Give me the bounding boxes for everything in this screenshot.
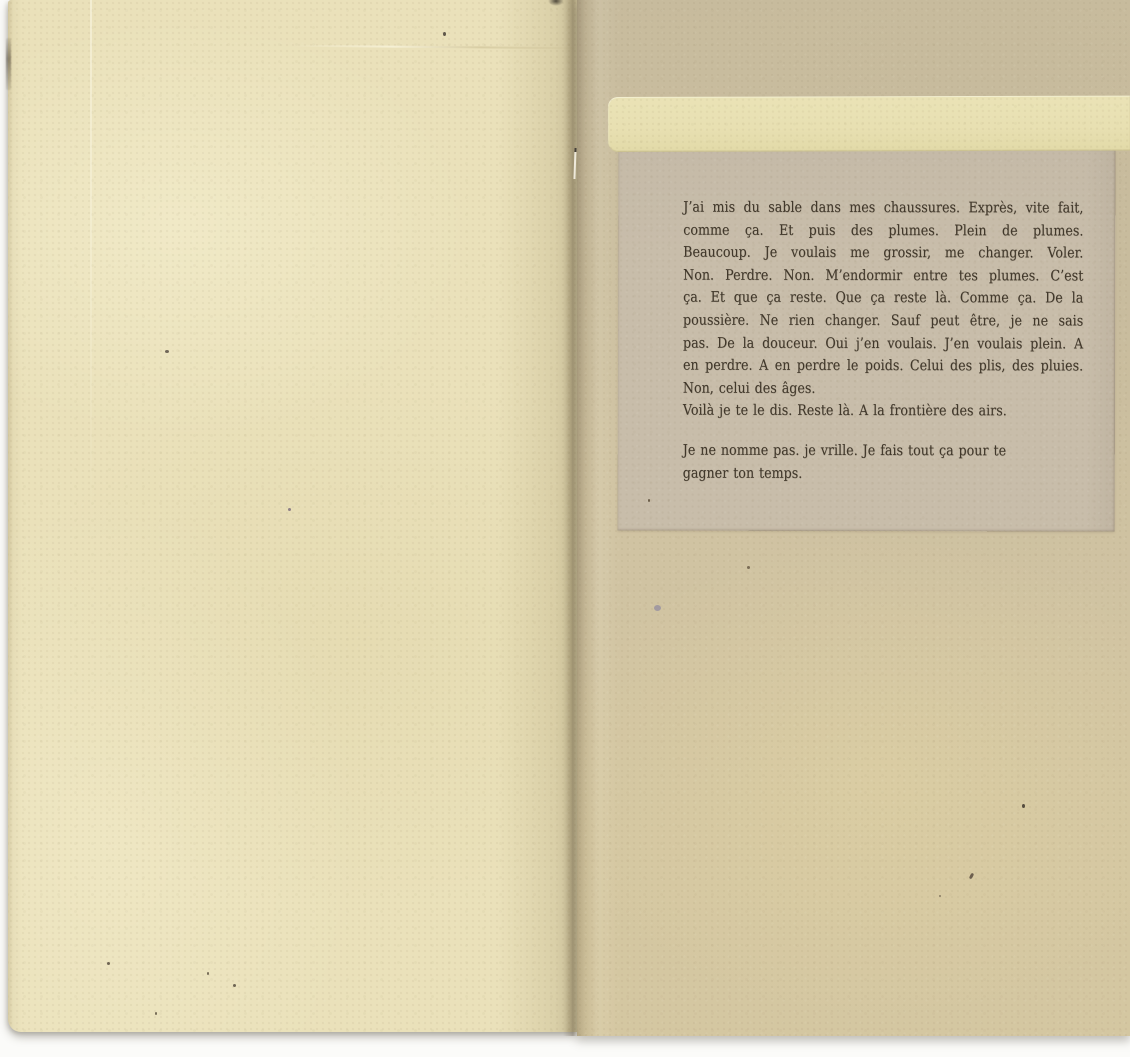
paper-speck xyxy=(107,962,110,965)
page-crease xyxy=(290,45,584,50)
paper-grain-texture xyxy=(8,0,577,1032)
paper-speck xyxy=(233,984,236,987)
paper-speck xyxy=(443,32,446,36)
text-line: poussière. Ne rien changer. Sauf peut êt… xyxy=(683,310,1083,333)
paragraph: J’ai mis du sable dans mes chaussures. E… xyxy=(683,197,1084,424)
text-line: Non, celui des âges. xyxy=(683,377,1083,400)
text-line: comme ça. Et puis des plumes. Plein de p… xyxy=(683,219,1083,242)
text-line: Non. Perdre. Non. M’endormir entre tes p… xyxy=(683,264,1083,287)
paper-speck xyxy=(165,350,169,353)
page-streak xyxy=(90,0,92,520)
paper-speck xyxy=(654,605,661,611)
gutter-shadow xyxy=(563,0,579,1036)
paper-grain-texture xyxy=(608,96,1130,152)
text-line: J’ai mis du sable dans mes chaussures. E… xyxy=(683,197,1083,220)
book-spread-scan: J’ai mis du sable dans mes chaussures. E… xyxy=(0,0,1130,1057)
paper-speck xyxy=(288,508,291,511)
text-line: Voilà je te le dis. Reste là. A la front… xyxy=(683,400,1083,423)
tape-strip xyxy=(608,96,1130,152)
left-page xyxy=(8,0,577,1032)
paragraph: Je ne nomme pas. je vrille. Je fais tout… xyxy=(683,440,1083,486)
text-line: ça. Et que ça reste. Que ça reste là. Co… xyxy=(683,287,1083,310)
pasted-text-fragment: J’ai mis du sable dans mes chaussures. E… xyxy=(618,149,1116,531)
text-line: en perdre. A en perdre le poids. Celui d… xyxy=(683,355,1083,378)
text-column: J’ai mis du sable dans mes chaussures. E… xyxy=(683,197,1084,486)
paper-speck xyxy=(939,895,941,897)
text-line: Je ne nomme pas. je vrille. Je fais tout… xyxy=(683,440,1083,463)
text-line: pas. De la douceur. Oui j’en voulais. J’… xyxy=(683,332,1083,355)
paper-speck xyxy=(207,972,209,975)
text-line: gagner ton temps. xyxy=(683,462,1083,485)
paper-speck xyxy=(747,566,750,569)
paper-speck xyxy=(155,1012,157,1015)
page-edge-mark xyxy=(6,38,11,90)
text-line: Beaucoup. Je voulais me grossir, me chan… xyxy=(683,242,1083,265)
paper-speck xyxy=(1022,804,1025,808)
paper-speck xyxy=(648,499,650,502)
